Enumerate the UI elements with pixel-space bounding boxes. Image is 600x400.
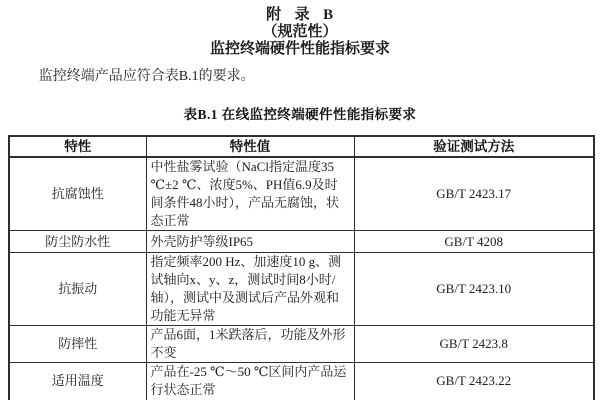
column-header-value: 特性值 (146, 136, 354, 157)
value-cell: 指定频率200 Hz、加速度10 g、测试轴向x、y、z，测试时间8小时/轴），… (146, 253, 354, 326)
method-cell: GB/T 2423.10 (354, 253, 594, 326)
table-row: 抗腐蚀性 中性盐雾试验（NaCl指定温度35 ℃±2 ℃、浓度5%、PH值6.9… (9, 157, 594, 231)
intro-paragraph: 监控终端产品应符合表B.1的要求。 (8, 68, 592, 86)
value-cell: 产品6面，1米跌落后，功能及外形不变 (146, 326, 354, 363)
appendix-title: 附 录 B (0, 7, 600, 24)
column-header-characteristic: 特性 (9, 136, 146, 157)
method-cell: GB/T 4208 (354, 231, 594, 253)
table-row: 适用温度 产品在-25 ℃～50 ℃区间内产品运行状态正常 GB/T 2423.… (9, 363, 594, 400)
appendix-normative-label: （规范性） (0, 24, 600, 41)
characteristic-cell: 抗腐蚀性 (9, 157, 146, 231)
characteristic-cell: 防摔性 (9, 326, 146, 363)
characteristic-cell: 防尘防水性 (9, 231, 146, 253)
method-cell: GB/T 2423.22 (354, 363, 594, 400)
appendix-heading: 监控终端硬件性能指标要求 (0, 41, 600, 58)
table-header-row: 特性 特性值 验证测试方法 (9, 136, 594, 157)
method-cell: GB/T 2423.17 (354, 157, 594, 231)
value-cell: 产品在-25 ℃～50 ℃区间内产品运行状态正常 (146, 363, 354, 400)
characteristic-cell: 抗振动 (9, 253, 146, 326)
table-row: 防尘防水性 外壳防护等级IP65 GB/T 4208 (9, 231, 594, 253)
table-row: 抗振动 指定频率200 Hz、加速度10 g、测试轴向x、y、z，测试时间8小时… (9, 253, 594, 326)
characteristic-cell: 适用温度 (9, 363, 146, 400)
table-caption: 表B.1 在线监控终端硬件性能指标要求 (0, 103, 600, 123)
column-header-method: 验证测试方法 (354, 136, 594, 157)
table-row: 防摔性 产品6面，1米跌落后，功能及外形不变 GB/T 2423.8 (9, 326, 594, 363)
value-cell: 外壳防护等级IP65 (146, 231, 354, 253)
method-cell: GB/T 2423.8 (354, 326, 594, 363)
value-cell: 中性盐雾试验（NaCl指定温度35 ℃±2 ℃、浓度5%、PH值6.9及时间条件… (146, 157, 354, 231)
spec-table: 特性 特性值 验证测试方法 抗腐蚀性 中性盐雾试验（NaCl指定温度35 ℃±2… (8, 135, 595, 400)
document-page: 附 录 B （规范性） 监控终端硬件性能指标要求 监控终端产品应符合表B.1的要… (0, 0, 600, 400)
